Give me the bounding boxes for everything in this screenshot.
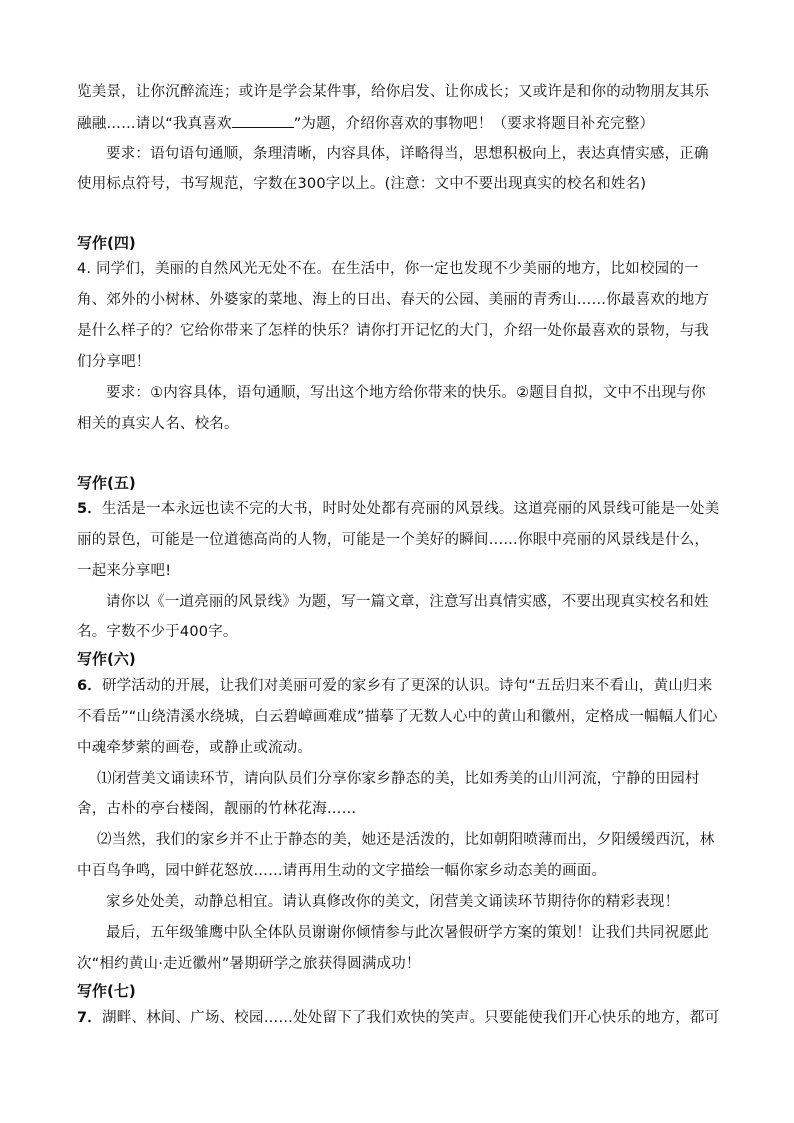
- intro-requirement-line-2: 使用标点符号，书写规范，字数在300字以上。(注意：文中不要出现真实的校名和姓名…: [77, 174, 717, 194]
- section-7-line-1-text: 湖畔、林间、广场、校园……处处留下了我们欢快的笑声。只要能使我们开心快乐的地方，…: [102, 1010, 719, 1026]
- section-6-item-1-line-1: ⑴闭营美文诵读环节，请向队员们分享你家乡静态的美，比如秀美的山川河流，宁静的田园…: [77, 769, 737, 789]
- section-5-line-2: 丽的景色，可能是一位道德高尚的人物，可能是一个美好的瞬间……你眼中亮丽的风景线是…: [77, 530, 717, 550]
- section-7-number: 7．: [77, 1010, 102, 1026]
- section-7-line-1: 7．湖畔、林间、广场、校园……处处留下了我们欢快的笑声。只要能使我们开心快乐的地…: [77, 1008, 717, 1028]
- section-4-line-1: 4. 同学们，美丽的自然风光无处不在。在生活中，你一定也发现不少美丽的地方，比如…: [77, 259, 717, 279]
- section-4-line-3: 是什么样子的？它给你带来了怎样的快乐？请你打开记忆的大门，介绍一处你最喜欢的景物…: [77, 321, 717, 341]
- section-5-heading: 写作(五): [77, 473, 136, 493]
- fill-in-blank: [232, 113, 294, 128]
- section-6-closing-3: 次“相约黄山·走近徽州”暑期研学之旅获得圆满成功！: [77, 954, 717, 974]
- section-4-line-4: 们分享吧！: [77, 352, 717, 372]
- section-6-closing-2: 最后，五年级雏鹰中队全体队员谢谢你倾情参与此次暑假研学方案的策划！让我们共同祝愿…: [77, 923, 746, 943]
- section-5-number: 5．: [77, 501, 102, 517]
- intro-line-2-end: ”为题，介绍你喜欢的事物吧！（要求将题目补充完整）: [294, 116, 655, 132]
- section-6-closing-1: 家乡处处美，动静总相宜。请认真修改你的美文，闭营美文诵读环节期待你的精彩表现！: [77, 892, 746, 912]
- section-5-prompt-1: 请你以《一道亮丽的风景线》为题，写一篇文章，注意写出真情实感，不要出现真实校名和…: [77, 592, 746, 612]
- intro-line-2: 融融……请以“我真喜欢”为题，介绍你喜欢的事物吧！（要求将题目补充完整）: [77, 113, 717, 134]
- section-6-line-2: 不看岳”“山绕清溪水绕城，白云碧嶂画难成”描摹了无数人心中的黄山和徽州，定格成一…: [77, 707, 717, 727]
- section-7-heading: 写作(七): [77, 981, 136, 1001]
- section-6-item-2-line-1: ⑵当然，我们的家乡并不止于静态的美，她还是活泼的，比如朝阳喷薄而出，夕阳缓缓西沉…: [77, 830, 737, 850]
- section-4-line-2: 角、郊外的小树林、外婆家的菜地、海上的日出、春天的公园、美丽的青秀山……你最喜欢…: [77, 290, 717, 310]
- section-5-line-3: 一起来分享吧!: [77, 561, 717, 581]
- intro-requirement-line-1: 要求：语句语句通顺，条理清晰，内容具体，详略得当，思想积极向上，表达真情实感，正…: [77, 144, 746, 164]
- section-4-requirement-1: 要求：①内容具体，语句通顺，写出这个地方给你带来的快乐。②题目自拟，文中不出现与…: [77, 383, 746, 403]
- intro-line-1: 览美景，让你沉醉流连；或许是学会某件事，给你启发、让你成长；又或许是和你的动物朋…: [77, 82, 717, 102]
- section-6-number: 6．: [77, 678, 102, 694]
- section-4-requirement-2: 相关的真实人名、校名。: [77, 414, 717, 434]
- section-5-line-1-text: 生活是一本永远也读不完的大书，时时处处都有亮丽的风景线。这道亮丽的风景线可能是一…: [102, 501, 719, 517]
- section-4-heading: 写作(四): [77, 233, 136, 253]
- section-6-item-1-line-2: 舍，古朴的亭台楼阁，靓丽的竹林花海……: [77, 799, 717, 819]
- section-5-line-1: 5．生活是一本永远也读不完的大书，时时处处都有亮丽的风景线。这道亮丽的风景线可能…: [77, 499, 717, 519]
- section-6-heading: 写作(六): [77, 649, 136, 669]
- section-6-line-3: 中魂牵梦萦的画卷，或静止或流动。: [77, 738, 717, 758]
- section-5-prompt-2: 名。字数不少于400字。: [77, 622, 717, 642]
- intro-line-2-start: 融融……请以“我真喜欢: [77, 116, 232, 132]
- section-6-line-1-text: 研学活动的开展，让我们对美丽可爱的家乡有了更深的认识。诗句“五岳归来不看山，黄山…: [102, 678, 712, 694]
- section-6-line-1: 6．研学活动的开展，让我们对美丽可爱的家乡有了更深的认识。诗句“五岳归来不看山，…: [77, 676, 717, 696]
- section-6-item-2-line-2: 中百鸟争鸣，园中鲜花怒放……请再用生动的文字描绘一幅你家乡动态美的画面。: [77, 861, 717, 881]
